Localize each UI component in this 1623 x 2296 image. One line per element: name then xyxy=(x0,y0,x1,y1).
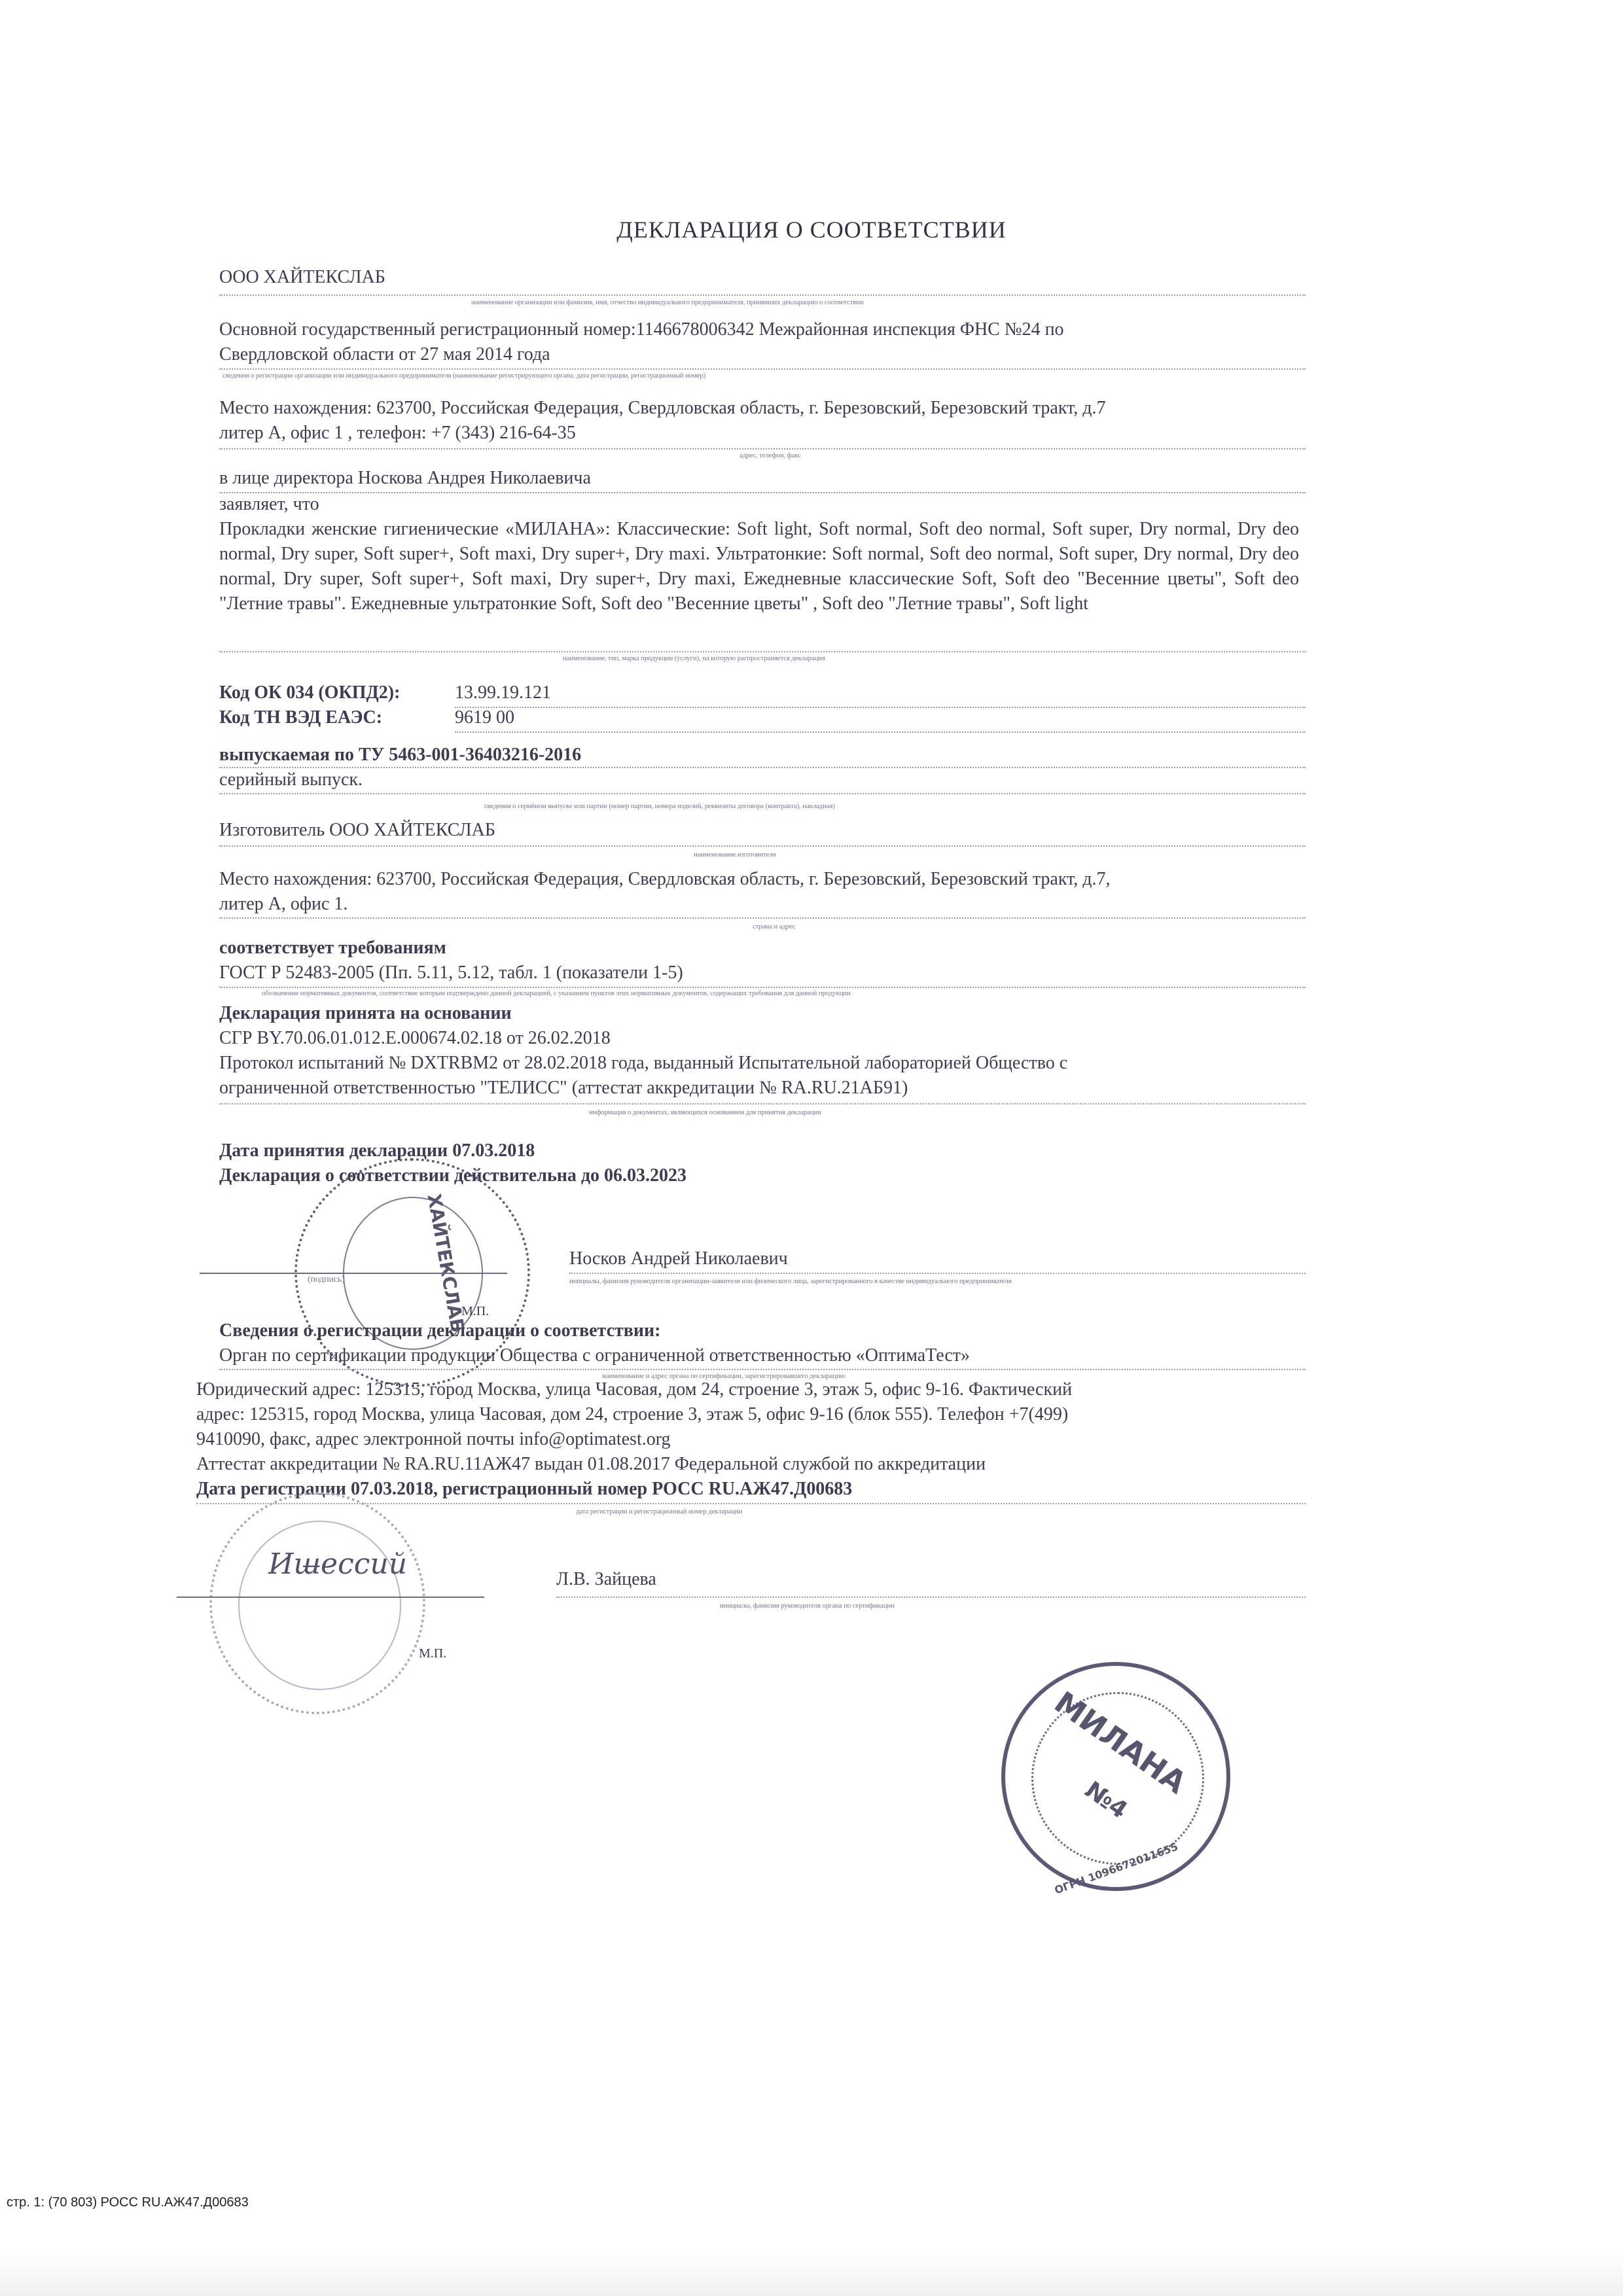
declaration-page: ДЕКЛАРАЦИЯ О СООТВЕТСТВИИ ООО ХАЙТЕКСЛАБ… xyxy=(0,0,1623,2296)
company-stamp: МИЛАНА №4 ОГРН 1096672011655 xyxy=(1001,1662,1230,1891)
okpd2-value: 13.99.19.121 xyxy=(455,682,551,703)
applicant-address: Место нахождения: 623700, Российская Фед… xyxy=(219,396,1306,446)
signature-caption: (подпись) xyxy=(308,1275,344,1285)
manufacturer-address-caption: страна и адрес xyxy=(753,923,796,930)
divider xyxy=(219,1369,1306,1370)
manufacturer-caption: наименование изготовителя xyxy=(694,851,776,858)
divider xyxy=(219,368,1306,370)
divider xyxy=(219,448,1306,450)
applicant-representative: в лице директора Носкова Андрея Николаев… xyxy=(219,466,1306,491)
document-title: ДЕКЛАРАЦИЯ О СООТВЕТСТВИИ xyxy=(0,216,1623,243)
signer-caption: инициалы, фамилия руководителя организац… xyxy=(569,1277,1011,1285)
product-caption: наименование, тип, марка продукции (услу… xyxy=(563,654,825,662)
divider xyxy=(219,793,1306,794)
okpd2-label: Код ОК 034 (ОКПД2): xyxy=(219,680,455,705)
divider xyxy=(219,294,1306,296)
signature-line-2 xyxy=(177,1597,484,1598)
applicant-caption: наименование организации или фамилия, им… xyxy=(471,298,864,306)
divider xyxy=(219,845,1306,847)
divider xyxy=(219,917,1306,919)
certifier-name: Л.В. Зайцева xyxy=(556,1567,883,1592)
manufacturer-address: Место нахождения: 623700, Российская Фед… xyxy=(219,867,1306,917)
basis-block: Декларация принята на основании СГР BY.7… xyxy=(219,1001,1306,1101)
signature-scribble: Иш̶ессий xyxy=(268,1547,407,1581)
tnved-label: Код ТН ВЭД ЕАЭС: xyxy=(219,705,455,730)
ogrn-caption: сведения о регистрации организации или и… xyxy=(223,372,705,380)
signature-line xyxy=(200,1273,507,1274)
divider xyxy=(219,1103,1306,1104)
scan-edge xyxy=(0,2251,1623,2296)
divider xyxy=(556,1597,1306,1598)
divider xyxy=(219,987,1306,988)
certifier-caption: инициалы, фамилия руководителя органа по… xyxy=(720,1602,895,1610)
divider xyxy=(569,1273,1306,1274)
applicant-name: ООО ХАЙТЕКСЛАБ xyxy=(219,265,1306,290)
divider xyxy=(219,651,1306,652)
manufacturer-name: Изготовитель ООО ХАЙТЕКСЛАБ xyxy=(219,818,1306,843)
product-description: Прокладки женские гигиенические «МИЛАНА»… xyxy=(219,517,1299,616)
registration-details: Юридический адрес: 125315, город Москва,… xyxy=(196,1377,1309,1502)
standard-caption: обозначение нормативных документов, соот… xyxy=(262,989,851,997)
signer-name: Носков Андрей Николаевич xyxy=(569,1246,1158,1271)
divider xyxy=(455,707,1306,708)
compliance-block: соответствует требованиям ГОСТ Р 52483-2… xyxy=(219,936,1306,985)
page-footer: стр. 1: (70 803) РОСС RU.АЖ47.Д00683 xyxy=(7,2195,249,2210)
product-codes: Код ОК 034 (ОКПД2):13.99.19.121 Код ТН В… xyxy=(219,680,1306,730)
address-caption: адрес, телефон, факс xyxy=(740,451,801,459)
accepted-date: Дата принятия декларации 07.03.2018 xyxy=(219,1139,1306,1163)
registration-block: Сведения о регистрации декларации о соот… xyxy=(219,1318,1306,1368)
applicant-ogrn: Основной государственный регистрационный… xyxy=(219,317,1306,367)
divider xyxy=(455,732,1306,733)
basis-caption: информация о документах, являющихся осно… xyxy=(589,1108,821,1116)
certification-body-stamp xyxy=(209,1492,425,1714)
declares-text: заявляет, что xyxy=(219,492,1306,517)
tnved-value: 9619 00 xyxy=(455,707,514,728)
divider xyxy=(219,767,1306,768)
release-caption: сведения о серийном выпуске или партии (… xyxy=(484,802,835,810)
reg-caption: дата регистрации и регистрационный номер… xyxy=(576,1508,742,1515)
stamp-label-mp-2: М.П. xyxy=(419,1641,484,1666)
